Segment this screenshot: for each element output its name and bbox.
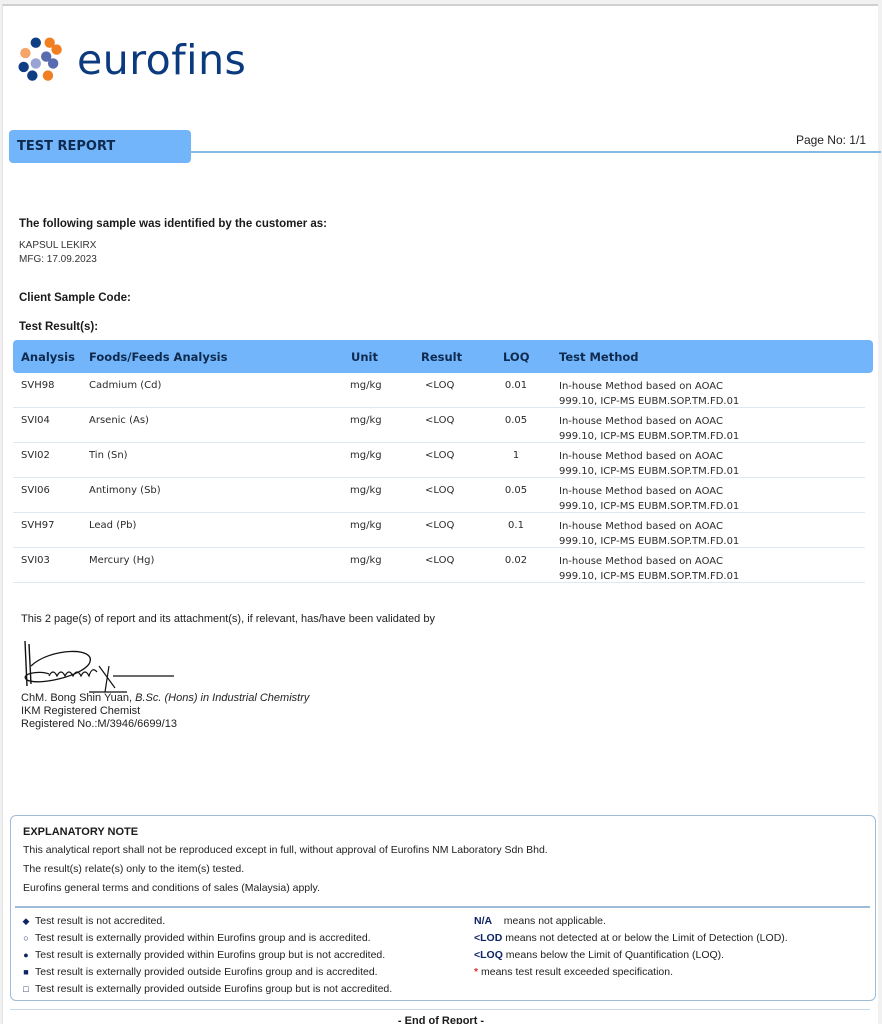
note-divider <box>15 906 870 908</box>
unit: mg/kg <box>350 380 382 391</box>
test-method: In-house Method based on AOAC999.10, ICP… <box>559 519 739 549</box>
unit: mg/kg <box>350 555 382 566</box>
eurofins-dots-logo-icon <box>15 34 67 86</box>
abbreviation-text: means not detected at or below the Limit… <box>502 932 787 944</box>
table-row: SVI03Mercury (Hg)mg/kg<LOQ0.02In-house M… <box>13 548 865 583</box>
test-method-line: In-house Method based on AOAC <box>559 379 739 394</box>
unit: mg/kg <box>350 485 382 496</box>
col-unit: Unit <box>351 350 378 364</box>
header-divider <box>189 151 881 153</box>
analysis-name: Lead (Pb) <box>89 520 136 531</box>
analysis-code: SVI06 <box>21 485 50 496</box>
test-method-line: 999.10, ICP-MS EUBM.SOP.TM.FD.01 <box>559 464 739 479</box>
page-number: Page No: 1/1 <box>796 133 866 147</box>
analysis-name: Cadmium (Cd) <box>89 380 161 391</box>
eurofins-logo: eurofins <box>15 34 246 86</box>
legend-text: Test result is externally provided outsi… <box>35 983 392 995</box>
loq: 0.02 <box>491 555 541 566</box>
hollow-circle-icon: ○ <box>19 933 33 943</box>
test-method-line: In-house Method based on AOAC <box>559 484 739 499</box>
signature-image <box>19 636 179 696</box>
result: <LOQ <box>425 415 454 426</box>
test-method: In-house Method based on AOAC999.10, ICP… <box>559 554 739 584</box>
legend-text: Test result is externally provided outsi… <box>35 966 378 978</box>
result: <LOQ <box>425 450 454 461</box>
col-result: Result <box>421 350 462 364</box>
signer-name: ChM. Bong Shin Yuan, <box>21 692 135 704</box>
report-title: TEST REPORT <box>9 130 191 163</box>
analysis-name: Arsenic (As) <box>89 415 149 426</box>
result: <LOQ <box>425 555 454 566</box>
loq: 0.01 <box>491 380 541 391</box>
test-method-line: 999.10, ICP-MS EUBM.SOP.TM.FD.01 <box>559 534 739 549</box>
table-row: SVI02Tin (Sn)mg/kg<LOQ1In-house Method b… <box>13 443 865 478</box>
result: <LOQ <box>425 380 454 391</box>
legend-item: □Test result is externally provided outs… <box>19 983 392 995</box>
analysis-name: Antimony (Sb) <box>89 485 161 496</box>
test-method-line: In-house Method based on AOAC <box>559 554 739 569</box>
explanatory-note-title: EXPLANATORY NOTE <box>23 826 138 838</box>
test-method-line: 999.10, ICP-MS EUBM.SOP.TM.FD.01 <box>559 569 739 584</box>
legend-text: Test result is externally provided withi… <box>35 932 371 944</box>
legend-text: Test result is externally provided withi… <box>35 949 385 961</box>
legend-text: Test result is not accredited. <box>35 915 165 927</box>
sample-intro: The following sample was identified by t… <box>19 218 327 230</box>
test-method-line: In-house Method based on AOAC <box>559 519 739 534</box>
analysis-name: Mercury (Hg) <box>89 555 154 566</box>
signer-name-line: ChM. Bong Shin Yuan, B.Sc. (Hons) in Ind… <box>21 692 309 705</box>
test-method-line: 999.10, ICP-MS EUBM.SOP.TM.FD.01 <box>559 499 739 514</box>
legend-item: ○Test result is externally provided with… <box>19 932 371 944</box>
analysis-code: SVH98 <box>21 380 54 391</box>
abbreviation-term: <LOQ <box>474 949 503 961</box>
abbreviation-item: * means test result exceeded specificati… <box>474 966 673 978</box>
analysis-code: SVH97 <box>21 520 54 531</box>
abbreviation-text: means below the Limit of Quantification … <box>503 949 724 961</box>
col-loq: LOQ <box>503 350 529 364</box>
test-method: In-house Method based on AOAC999.10, ICP… <box>559 449 739 479</box>
abbreviation-text: means not applicable. <box>492 915 606 927</box>
col-test-method: Test Method <box>559 350 639 364</box>
legend-item: ■Test result is externally provided outs… <box>19 966 378 978</box>
results-table-header: Analysis Foods/Feeds Analysis Unit Resul… <box>13 340 873 373</box>
table-row: SVH97Lead (Pb)mg/kg<LOQ0.1In-house Metho… <box>13 513 865 548</box>
unit: mg/kg <box>350 520 382 531</box>
test-method: In-house Method based on AOAC999.10, ICP… <box>559 484 739 514</box>
col-analysis: Analysis <box>21 350 75 364</box>
signer-registration: Registered No.:M/3946/6699/13 <box>21 718 177 731</box>
results-table-body: SVH98Cadmium (Cd)mg/kg<LOQ0.01In-house M… <box>13 373 865 583</box>
client-sample-code-label: Client Sample Code: <box>19 292 131 304</box>
loq: 0.05 <box>491 485 541 496</box>
test-method: In-house Method based on AOAC999.10, ICP… <box>559 379 739 409</box>
analysis-code: SVI04 <box>21 415 50 426</box>
test-method-line: 999.10, ICP-MS EUBM.SOP.TM.FD.01 <box>559 429 739 444</box>
signer-qualification: B.Sc. (Hons) in Industrial Chemistry <box>135 692 309 704</box>
report-page: eurofins TEST REPORT Page No: 1/1 The fo… <box>2 4 878 1024</box>
test-method: In-house Method based on AOAC999.10, ICP… <box>559 414 739 444</box>
unit: mg/kg <box>350 415 382 426</box>
loq: 0.1 <box>491 520 541 531</box>
end-divider <box>10 1009 870 1010</box>
sample-mfg-date: MFG: 17.09.2023 <box>19 254 97 265</box>
table-row: SVI06Antimony (Sb)mg/kg<LOQ0.05In-house … <box>13 478 865 513</box>
abbreviation-text: means test result exceeded specification… <box>478 966 673 978</box>
legend-item: ◆Test result is not accredited. <box>19 915 165 927</box>
filled-diamond-icon: ◆ <box>19 916 33 927</box>
result: <LOQ <box>425 520 454 531</box>
loq: 0.05 <box>491 415 541 426</box>
analysis-code: SVI03 <box>21 555 50 566</box>
note-line: The result(s) relate(s) only to the item… <box>23 863 244 875</box>
signer-title: IKM Registered Chemist <box>21 705 140 718</box>
note-line: Eurofins general terms and conditions of… <box>23 882 320 894</box>
validation-statement: This 2 page(s) of report and its attachm… <box>21 613 435 625</box>
abbreviation-term: <LOD <box>474 932 502 944</box>
hollow-square-icon: □ <box>19 984 33 994</box>
test-method-line: In-house Method based on AOAC <box>559 414 739 429</box>
brand-name: eurofins <box>77 40 246 81</box>
analysis-code: SVI02 <box>21 450 50 461</box>
result: <LOQ <box>425 485 454 496</box>
test-results-label: Test Result(s): <box>19 321 98 333</box>
loq: 1 <box>491 450 541 461</box>
abbreviation-item: N/A means not applicable. <box>474 915 606 927</box>
col-foods-feeds-analysis: Foods/Feeds Analysis <box>89 350 227 364</box>
note-line: This analytical report shall not be repr… <box>23 844 548 856</box>
test-method-line: 999.10, ICP-MS EUBM.SOP.TM.FD.01 <box>559 394 739 409</box>
end-of-report: - End of Report - <box>3 1015 879 1024</box>
abbreviation-term: N/A <box>474 915 492 927</box>
filled-square-icon: ■ <box>19 967 33 977</box>
table-row: SVI04Arsenic (As)mg/kg<LOQ0.05In-house M… <box>13 408 865 443</box>
legend-item: ●Test result is externally provided with… <box>19 949 385 961</box>
abbreviation-item: <LOD means not detected at or below the … <box>474 932 788 944</box>
unit: mg/kg <box>350 450 382 461</box>
explanatory-note-box: EXPLANATORY NOTE This analytical report … <box>10 815 876 1001</box>
analysis-name: Tin (Sn) <box>89 450 128 461</box>
table-row: SVH98Cadmium (Cd)mg/kg<LOQ0.01In-house M… <box>13 373 865 408</box>
abbreviation-item: <LOQ means below the Limit of Quantifica… <box>474 949 724 961</box>
filled-circle-icon: ● <box>19 950 33 960</box>
test-method-line: In-house Method based on AOAC <box>559 449 739 464</box>
sample-name: KAPSUL LEKIRX <box>19 240 96 251</box>
